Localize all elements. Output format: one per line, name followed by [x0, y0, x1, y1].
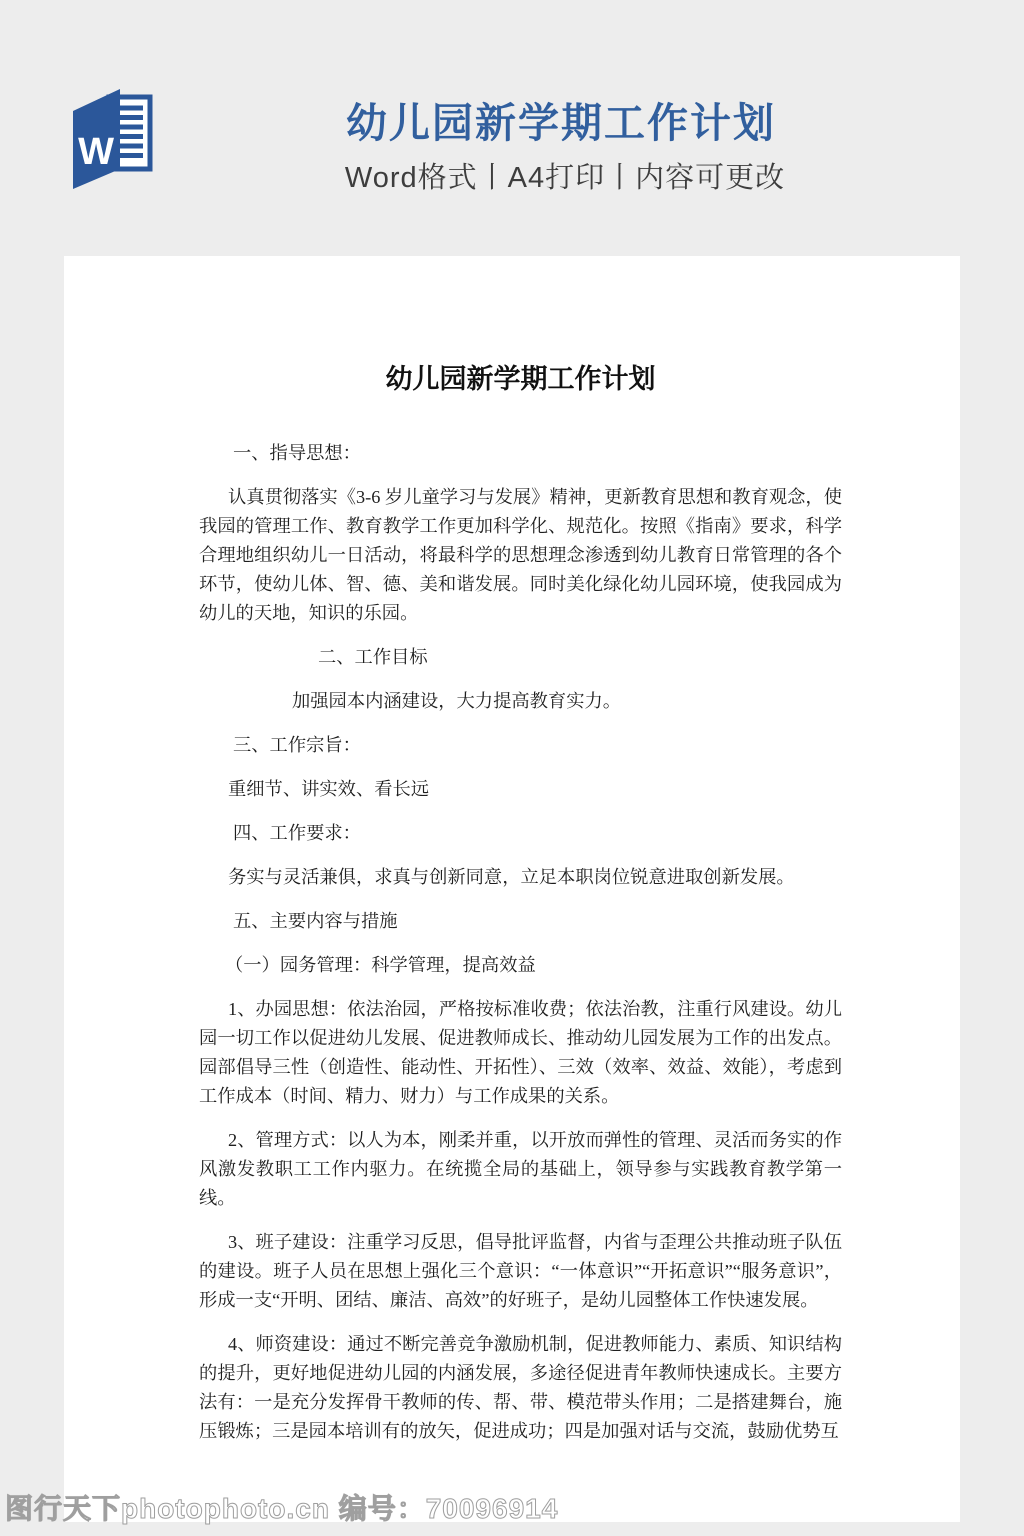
doc-paragraph: 三、工作宗旨： — [199, 731, 842, 760]
doc-paragraph: 重细节、讲实效、看长远 — [199, 775, 842, 804]
doc-paragraph: 2、管理方式：以人为本，刚柔并重，以开放而弹性的管理、灵活而务实的作风激发教职工… — [199, 1126, 842, 1213]
document-body: 一、指导思想：认真贯彻落实《3-6 岁儿童学习与发展》精神，更新教育思想和教育观… — [199, 439, 842, 1446]
template-subtitle: Word格式丨A4打印丨内容可更改 — [106, 155, 1024, 196]
watermark: 图行天下photophoto.cn 编号：70096914 — [5, 1487, 558, 1527]
doc-paragraph: 认真贯彻落实《3-6 岁儿童学习与发展》精神，更新教育思想和教育观念，使我园的管… — [199, 483, 842, 628]
doc-paragraph: 四、工作要求： — [199, 819, 842, 848]
document-title: 幼儿园新学期工作计划 — [199, 362, 842, 396]
doc-paragraph: 3、班子建设：注重学习反思，倡导批评监督，内省与歪理公共推动班子队伍的建设。班子… — [199, 1228, 842, 1315]
doc-paragraph: 务实与灵活兼俱，求真与创新同意，立足本职岗位锐意进取创新发展。 — [199, 863, 842, 892]
template-title: 幼儿园新学期工作计划 — [98, 90, 1024, 149]
doc-paragraph: 4、师资建设：通过不断完善竞争激励机制，促进教师能力、素质、知识结构的提升，更好… — [199, 1330, 842, 1446]
doc-paragraph: 五、主要内容与措施 — [199, 907, 842, 936]
doc-paragraph: 二、工作目标 — [199, 643, 842, 672]
doc-paragraph: 一、指导思想： — [199, 439, 842, 468]
document-page: 幼儿园新学期工作计划 一、指导思想：认真贯彻落实《3-6 岁儿童学习与发展》精神… — [64, 256, 960, 1522]
doc-paragraph: （一）园务管理：科学管理，提高效益 — [199, 951, 842, 980]
doc-paragraph: 加强园本内涵建设，大力提高教育实力。 — [199, 687, 842, 716]
doc-paragraph: 1、办园思想：依法治园，严格按标准收费；依法治教，注重行风建设。幼儿园一切工作以… — [199, 995, 842, 1111]
